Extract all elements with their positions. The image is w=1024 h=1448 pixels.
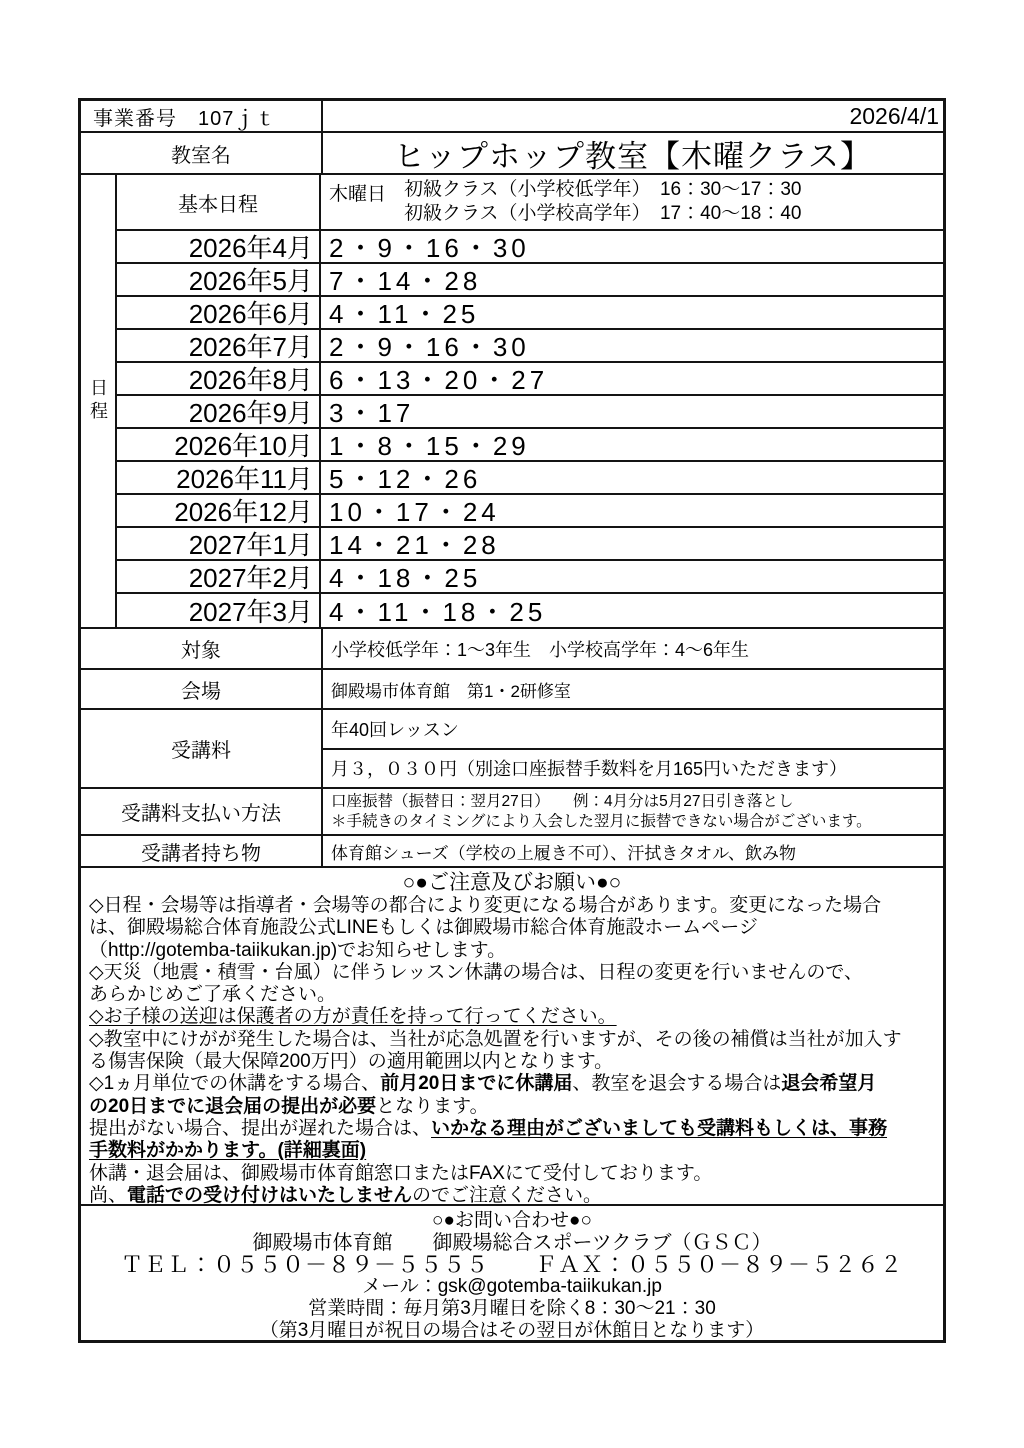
note-line: の20日までに退会届の提出が必要となります。 [89,1096,935,1118]
month-label: 2026年12月 [117,495,321,526]
month-dates: 4・18・25 [321,561,943,592]
contact-section: ○●お問い合わせ●○ 御殿場市体育館 御殿場総合スポーツクラブ（ＧＳＣ） ＴＥＬ… [81,1206,943,1340]
belongings-value: 体育館シューズ（学校の上履き不可）、汗拭きタオル、飲み物 [323,836,943,866]
fee-content: 年40回レッスン 月３，０３０円（別途口座振替手数料を月165円いただきます） [323,710,943,787]
notes-section: ○●ご注意及びお願い●○ ◇日程・会場等は指導者・会場等の都合により変更になる場… [81,868,943,1206]
fee-lessons-per-year: 年40回レッスン [323,710,943,750]
schedule-section: 日程 基本日程 木曜日 初級クラス（小学校低学年） 16：30～17：30 初級… [81,175,943,629]
notes-lines: ◇日程・会場等は指導者・会場等の都合により変更になる場合があります。変更になった… [89,895,935,1206]
contact-line: 営業時間：毎月第3月曜日を除く8：30～21：30 [81,1298,943,1320]
belongings-label: 受講者持ち物 [81,836,323,866]
note-line: 提出がない場合、提出が遅れた場合は、いかなる理由がございましても受講料もしくは、… [89,1118,935,1140]
month-row: 2026年10月 1・8・15・29 [117,429,943,462]
schedule-vertical-label: 日程 [85,378,111,424]
class-name-row: 教室名 ヒップホップ教室【木曜クラス】 [81,133,943,175]
venue-value: 御殿場市体育館 第1・2研修室 [323,670,943,708]
basic-schedule-content: 木曜日 初級クラス（小学校低学年） 16：30～17：30 初級クラス（小学校高… [321,175,943,229]
class-info-table: 事業番号 107ｊｔ 2026/4/1 教室名 ヒップホップ教室【木曜クラス】 … [78,98,946,1343]
month-dates: 2・9・16・30 [321,231,943,262]
contact-line: ＴＥＬ：０５５０－８９－５５５５ ＦＡＸ：０５５０－８９－５２６２ [81,1254,943,1276]
month-dates: 3・17 [321,396,943,427]
basic-schedule-line-1: 初級クラス（小学校低学年） 16：30～17：30 [404,178,801,202]
fee-monthly-amount: 月３，０３０円（別途口座振替手数料を月165円いただきます） [323,750,943,788]
class-name-title: ヒップホップ教室【木曜クラス】 [323,133,943,173]
month-label: 2026年5月 [117,264,321,295]
month-row: 2026年12月 10・17・24 [117,495,943,528]
schedule-section-side-label: 日程 [81,175,117,627]
belongings-row: 受講者持ち物 体育館シューズ（学校の上履き不可）、汗拭きタオル、飲み物 [81,836,943,868]
month-row: 2027年3月 4・11・18・25 [117,594,943,627]
month-label: 2027年3月 [117,594,321,627]
business-number-row: 事業番号 107ｊｔ 2026/4/1 [81,101,943,133]
schedule-rows: 基本日程 木曜日 初級クラス（小学校低学年） 16：30～17：30 初級クラス… [117,175,943,627]
class-name-label: 教室名 [81,133,323,173]
contact-line: （第3月曜日が祝日の場合はその翌日が休館日となります） [81,1320,943,1342]
month-dates: 2・9・16・30 [321,330,943,361]
month-dates: 14・21・28 [321,528,943,559]
venue-label: 会場 [81,670,323,708]
month-row: 2027年2月 4・18・25 [117,561,943,594]
payment-method-line-1: 口座振替（振替日：翌月27日） 例：4月分は5月27日引き落とし [331,792,793,812]
month-label: 2027年1月 [117,528,321,559]
fee-label: 受講料 [81,710,323,787]
document-page: 事業番号 107ｊｔ 2026/4/1 教室名 ヒップホップ教室【木曜クラス】 … [0,0,1024,1448]
contact-line: 御殿場市体育館 御殿場総合スポーツクラブ（ＧＳＣ） [81,1232,943,1254]
month-dates: 10・17・24 [321,495,943,526]
note-line: ◇教室中にけがが発生した場合は、当社が応急処置を行いますが、その後の補償は当社が… [89,1029,935,1051]
month-dates: 7・14・28 [321,264,943,295]
note-line: は、御殿場総合体育施設公式LINEもしくは御殿場市総合体育施設ホームページ [89,917,935,939]
payment-method-label: 受講料支払い方法 [81,789,323,834]
notes-heading: ○●ご注意及びお願い●○ [89,870,935,895]
note-line: 尚、電話での受け付けはいたしませんのでご注意ください。 [89,1185,935,1206]
month-row: 2026年9月 3・17 [117,396,943,429]
month-row: 2026年4月 2・9・16・30 [117,231,943,264]
note-line: ◇お子様の送迎は保護者の方が責任を持って行ってください。 [89,1006,935,1028]
month-label: 2026年7月 [117,330,321,361]
basic-schedule-row: 基本日程 木曜日 初級クラス（小学校低学年） 16：30～17：30 初級クラス… [117,175,943,231]
target-label: 対象 [81,629,323,668]
payment-method-row: 受講料支払い方法 口座振替（振替日：翌月27日） 例：4月分は5月27日引き落と… [81,789,943,836]
contact-lines: ○●お問い合わせ●○ 御殿場市体育館 御殿場総合スポーツクラブ（ＧＳＣ） ＴＥＬ… [81,1210,943,1342]
month-dates: 4・11・18・25 [321,594,943,627]
month-label: 2026年4月 [117,231,321,262]
contact-line: ○●お問い合わせ●○ [81,1210,943,1232]
payment-method-content: 口座振替（振替日：翌月27日） 例：4月分は5月27日引き落とし ＊手続きのタイ… [323,789,943,834]
issue-date: 2026/4/1 [323,101,943,131]
month-row: 2026年5月 7・14・28 [117,264,943,297]
payment-method-line-2: ＊手続きのタイミングにより入会した翌月に振替できない場合がございます。 [331,812,872,832]
month-label: 2026年8月 [117,363,321,394]
month-dates: 5・12・26 [321,462,943,493]
month-row: 2027年1月 14・21・28 [117,528,943,561]
month-row: 2026年11月 5・12・26 [117,462,943,495]
note-line: 休講・退会届は、御殿場市体育館窓口またはFAXにて受付しております。 [89,1163,935,1185]
month-row: 2026年7月 2・9・16・30 [117,330,943,363]
note-line: ◇日程・会場等は指導者・会場等の都合により変更になる場合があります。変更になった… [89,895,935,917]
basic-schedule-day: 木曜日 [329,175,386,206]
target-row: 対象 小学校低学年：1～3年生 小学校高学年：4～6年生 [81,629,943,670]
note-line: ◇天災（地震・積雪・台風）に伴うレッスン休講の場合は、日程の変更を行いませんので… [89,962,935,984]
month-dates: 4・11・25 [321,297,943,328]
month-rows: 2026年4月 2・9・16・30 2026年5月 7・14・28 2026年6… [117,231,943,627]
note-line: （http://gotemba-taiikukan.jp)でお知らせします。 [89,940,935,962]
month-dates: 1・8・15・29 [321,429,943,460]
venue-row: 会場 御殿場市体育館 第1・2研修室 [81,670,943,710]
month-label: 2026年6月 [117,297,321,328]
note-line: ◇1ヵ月単位での休講をする場合、前月20日までに休講届、教室を退会する場合は退会… [89,1073,935,1095]
month-label: 2026年9月 [117,396,321,427]
note-line: あらかじめご了承ください。 [89,984,935,1006]
month-row: 2026年8月 6・13・20・27 [117,363,943,396]
month-label: 2026年11月 [117,462,321,493]
basic-schedule-line-2: 初級クラス（小学校高学年） 17：40～18：40 [404,202,801,226]
month-dates: 6・13・20・27 [321,363,943,394]
month-row: 2026年6月 4・11・25 [117,297,943,330]
note-line: る傷害保険（最大保障200万円）の適用範囲以内となります。 [89,1051,935,1073]
basic-schedule-label: 基本日程 [117,175,321,229]
month-label: 2026年10月 [117,429,321,460]
business-number-label: 事業番号 107ｊｔ [81,101,323,131]
month-label: 2027年2月 [117,561,321,592]
basic-schedule-times: 初級クラス（小学校低学年） 16：30～17：30 初級クラス（小学校高学年） … [404,178,801,226]
contact-line: メール：gsk@gotemba-taiikukan.jp [81,1276,943,1298]
fee-row: 受講料 年40回レッスン 月３，０３０円（別途口座振替手数料を月165円いただき… [81,710,943,789]
target-value: 小学校低学年：1～3年生 小学校高学年：4～6年生 [323,629,943,668]
note-line: 手数料がかかります。(詳細裏面) [89,1140,935,1162]
